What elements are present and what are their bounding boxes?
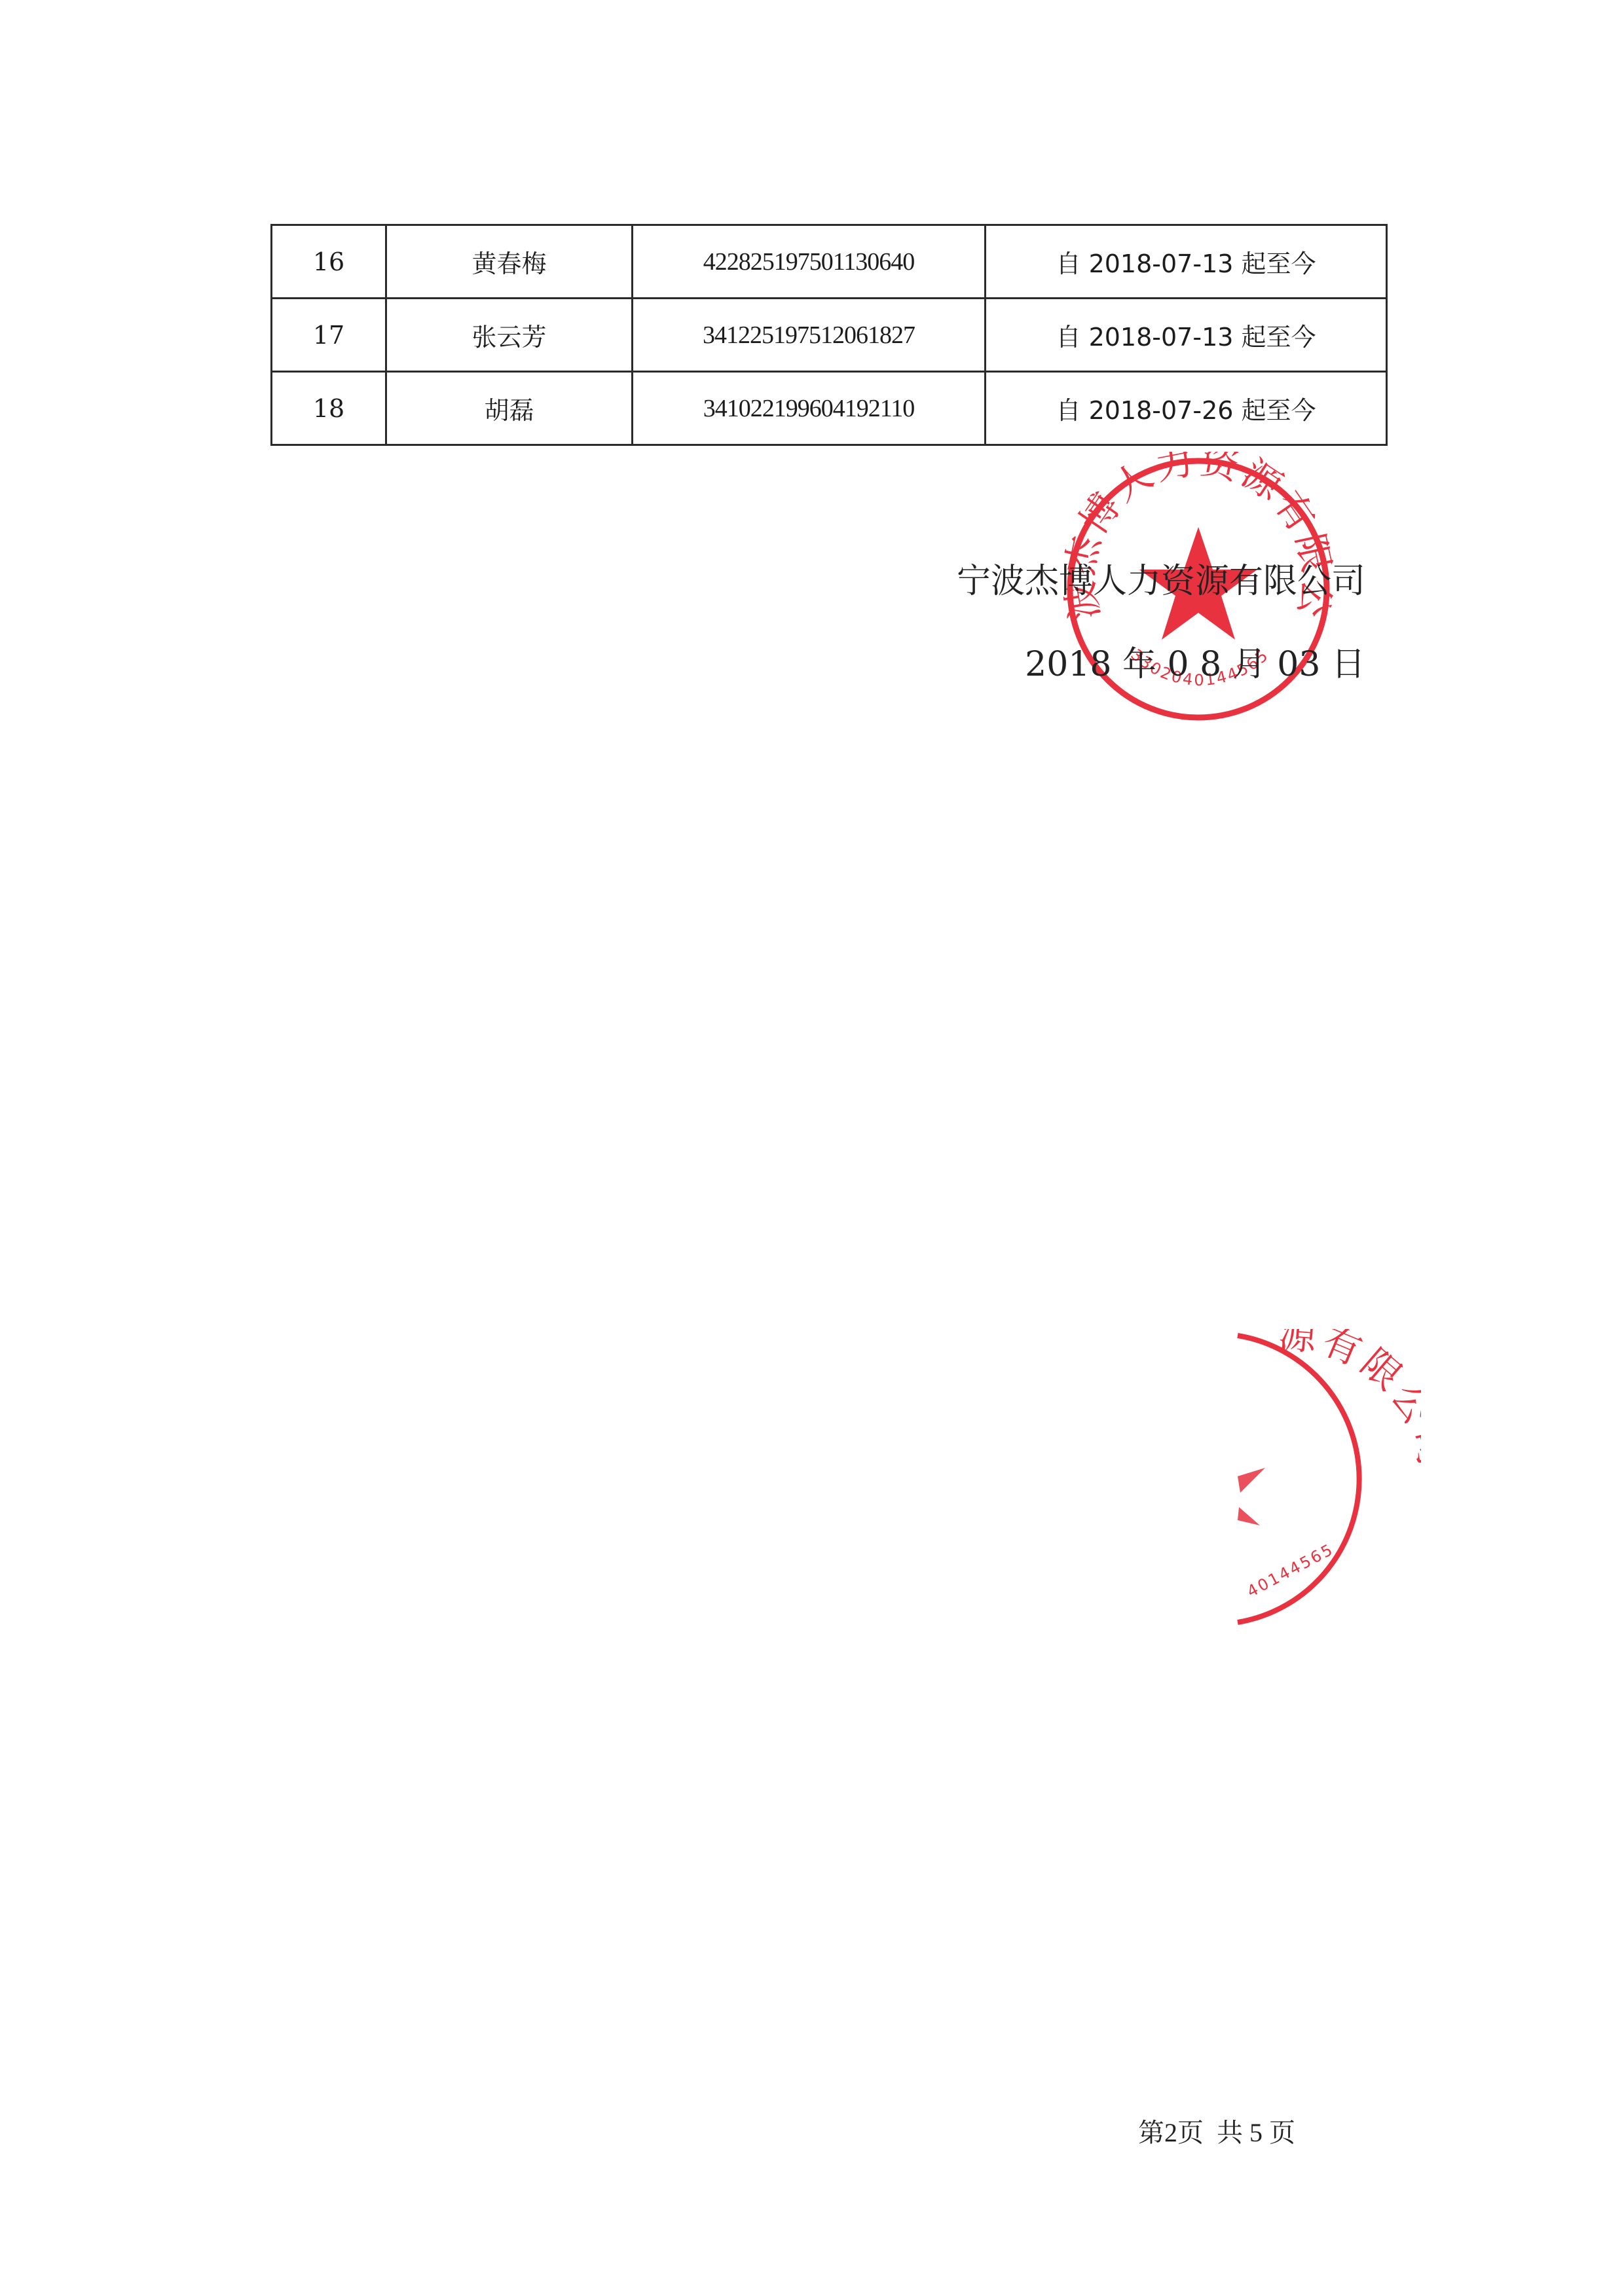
partial-seal-icon: 源有限公司 40144565 <box>1231 1329 1421 1630</box>
employment-period: 自 2018-07-26 起至今 <box>986 372 1387 445</box>
employee-name: 张云芳 <box>386 299 633 372</box>
table-row: 18 胡磊 341022199604192110 自 2018-07-26 起至… <box>272 372 1387 445</box>
id-number: 422825197501130640 <box>633 225 986 299</box>
row-number: 16 <box>272 225 386 299</box>
id-number: 341225197512061827 <box>633 299 986 372</box>
table-row: 17 张云芳 341225197512061827 自 2018-07-13 起… <box>272 299 1387 372</box>
employee-table: 16 黄春梅 422825197501130640 自 2018-07-13 起… <box>270 224 1388 446</box>
signature-date: 2018 年 0 8 月 03 日 <box>1025 636 1365 685</box>
employee-name: 黄春梅 <box>386 225 633 299</box>
row-number: 18 <box>272 372 386 445</box>
company-signature: 宁波杰博人力资源有限公司 <box>957 553 1365 602</box>
row-number: 17 <box>272 299 386 372</box>
employee-name: 胡磊 <box>386 372 633 445</box>
id-number: 341022199604192110 <box>633 372 986 445</box>
page-number: 第2页 共 5 页 <box>1138 2112 1295 2149</box>
svg-text:40144565: 40144565 <box>1244 1540 1337 1601</box>
svg-text:源有限公司: 源有限公司 <box>1276 1329 1421 1474</box>
table-row: 16 黄春梅 422825197501130640 自 2018-07-13 起… <box>272 225 1387 299</box>
employment-period: 自 2018-07-13 起至今 <box>986 299 1387 372</box>
employment-period: 自 2018-07-13 起至今 <box>986 225 1387 299</box>
